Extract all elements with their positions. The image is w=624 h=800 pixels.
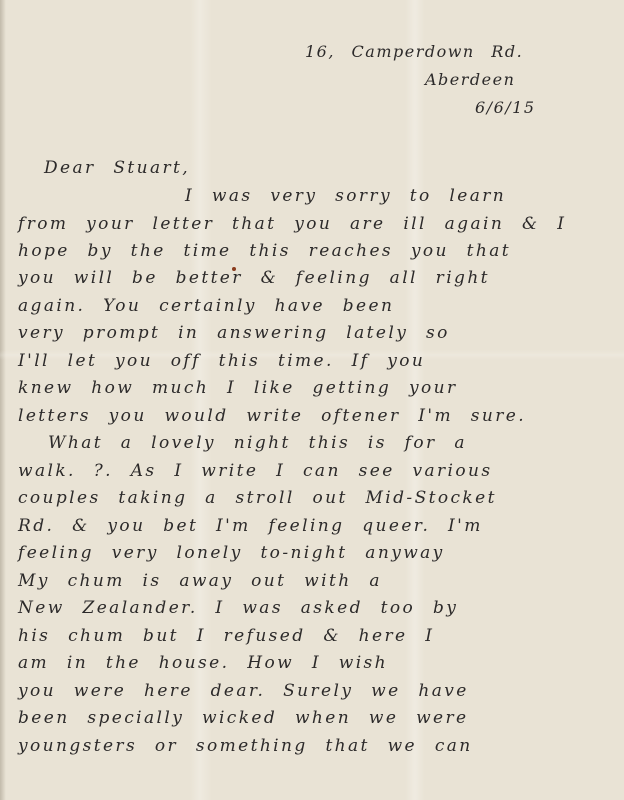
- body-line: am in the house. How I wish: [18, 653, 388, 673]
- body-line: feeling very lonely to-night anyway: [18, 543, 445, 563]
- salutation: Dear Stuart,: [44, 158, 190, 178]
- body-line: from your letter that you are ill again …: [18, 214, 566, 234]
- body-line: his chum but I refused & here I: [18, 626, 434, 646]
- body-line: walk. ?. As I write I can see various: [18, 461, 492, 481]
- lined-letter-paper: 16, Camperdown Rd. Aberdeen 6/6/15 Dear …: [0, 0, 624, 800]
- body-line: My chum is away out with a: [18, 571, 382, 591]
- address-street: 16, Camperdown Rd.: [305, 42, 523, 61]
- body-line: been specially wicked when we were: [18, 708, 468, 728]
- body-line: letters you would write oftener I'm sure…: [18, 406, 526, 426]
- body-line: again. You certainly have been: [18, 296, 394, 316]
- body-line: youngsters or something that we can: [18, 736, 473, 756]
- body-line: What a lovely night this is for a: [48, 433, 467, 453]
- body-line: knew how much I like getting your: [18, 378, 458, 398]
- letter-date: 6/6/15: [475, 98, 536, 117]
- body-line: very prompt in answering lately so: [18, 323, 450, 343]
- body-line: Rd. & you bet I'm feeling queer. I'm: [18, 516, 483, 536]
- body-line: hope by the time this reaches you that: [18, 241, 511, 261]
- body-line: New Zealander. I was asked too by: [18, 598, 458, 618]
- address-city: Aberdeen: [425, 70, 515, 89]
- body-line: couples taking a stroll out Mid-Stocket: [18, 488, 497, 508]
- body-line: you will be better & feeling all right: [18, 268, 490, 288]
- body-line: I was very sorry to learn: [185, 186, 506, 206]
- body-line: I'll let you off this time. If you: [18, 351, 425, 371]
- body-line: you were here dear. Surely we have: [18, 681, 469, 701]
